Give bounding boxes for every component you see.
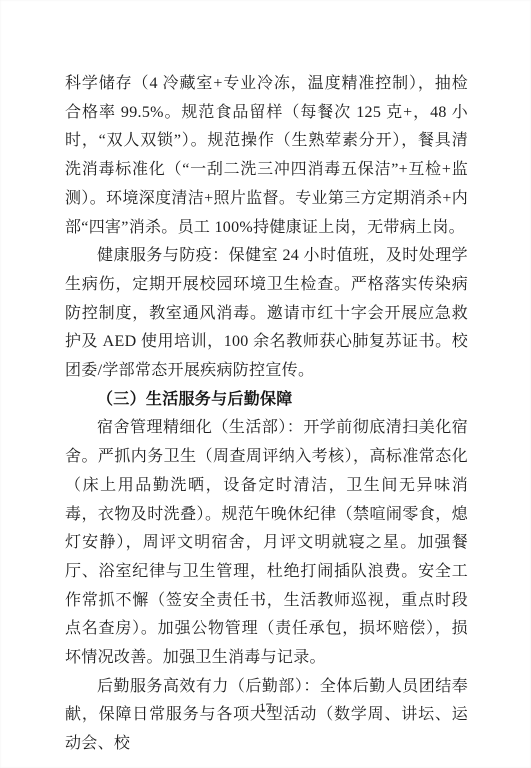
paragraph-health-services: 健康服务与防疫：保健室 24 小时值班，及时处理学生病伤，定期开展校园环境卫生检…: [65, 242, 468, 386]
document-page: 科学储存（4 冷藏室+专业冷冻，温度精准控制），抽检合格率 99.5%。规范食品…: [0, 0, 531, 768]
page-number: 17: [0, 700, 531, 716]
paragraph-dormitory-management: 宿舍管理精细化（生活部）：开学前彻底清扫美化宿舍。严抓内务卫生（周查周评纳入考核…: [65, 414, 468, 672]
section-heading-life-services-logistics: （三）生活服务与后勤保障: [65, 386, 468, 415]
paragraph-food-safety: 科学储存（4 冷藏室+专业冷冻，温度精准控制），抽检合格率 99.5%。规范食品…: [65, 70, 468, 242]
page-text-body: 科学储存（4 冷藏室+专业冷冻，温度精准控制），抽检合格率 99.5%。规范食品…: [65, 70, 468, 759]
